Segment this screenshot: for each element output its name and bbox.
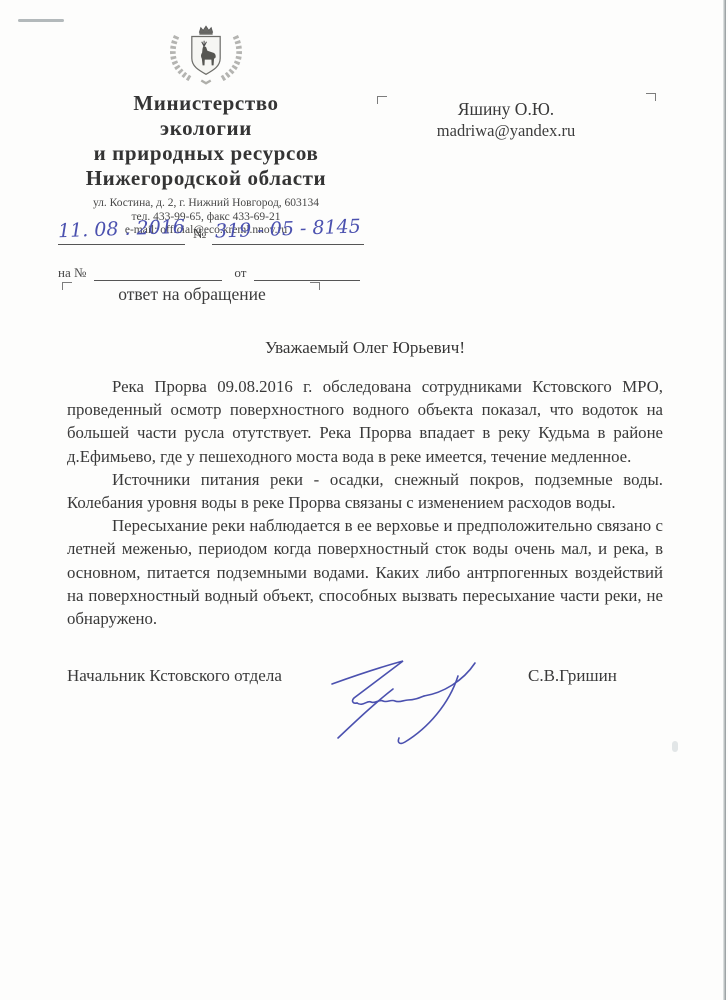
outgoing-number-field: 319 - 05 - 8145	[212, 218, 364, 245]
reference-block: 11. 08 . 2016 № 319 - 05 - 8145 на № от	[58, 218, 373, 281]
scanned-letter-page: Министерство экологии и природных ресурс…	[0, 0, 728, 1000]
ministry-title-line: экологии	[50, 116, 362, 141]
letterhead: Министерство экологии и природных ресурс…	[50, 22, 362, 238]
ministry-title-line: Нижегородской области	[50, 166, 362, 191]
number-handwritten: 319 - 05 - 8145	[215, 215, 361, 242]
salutation: Уважаемый Олег Юрьевич!	[67, 338, 663, 358]
ministry-title-line: Министерство	[50, 91, 362, 116]
recipient-block: Яшину О.Ю. madriwa@yandex.ru	[382, 98, 630, 142]
date-handwritten: 11. 08 . 2016	[58, 216, 186, 242]
on-number-label: на №	[58, 265, 86, 281]
letter-body: Уважаемый Олег Юрьевич! Река Прорва 09.0…	[67, 338, 663, 630]
body-paragraph: Источники питания реки - осадки, снежный…	[67, 468, 663, 514]
coat-of-arms-icon	[154, 22, 258, 91]
scan-artifact	[672, 741, 678, 752]
address-line: ул. Костина, д. 2, г. Нижний Новгород, 6…	[50, 197, 362, 211]
date-number-row: 11. 08 . 2016 № 319 - 05 - 8145	[58, 218, 373, 245]
incoming-reference-row: на № от	[58, 262, 373, 281]
recipient-email: madriwa@yandex.ru	[382, 120, 630, 142]
incoming-date-field	[254, 262, 360, 281]
date-field: 11. 08 . 2016	[58, 218, 185, 245]
incoming-number-field	[94, 262, 222, 281]
number-label: №	[193, 227, 206, 243]
from-label: от	[234, 265, 246, 281]
signer-name: С.В.Гришин	[528, 666, 617, 686]
recipient-name: Яшину О.Ю.	[382, 98, 630, 120]
ministry-title-line: и природных ресурсов	[50, 141, 362, 166]
signer-position: Начальник Кстовского отдела	[67, 666, 282, 686]
subject-line: ответ на обращение	[58, 284, 326, 305]
scan-edge-line	[723, 0, 726, 1000]
body-paragraph: Пересыхание реки наблюдается в ее верхов…	[67, 514, 663, 630]
corner-mark-icon	[646, 93, 656, 101]
signature-icon	[325, 648, 487, 751]
body-paragraph: Река Прорва 09.08.2016 г. обследована со…	[67, 375, 663, 468]
